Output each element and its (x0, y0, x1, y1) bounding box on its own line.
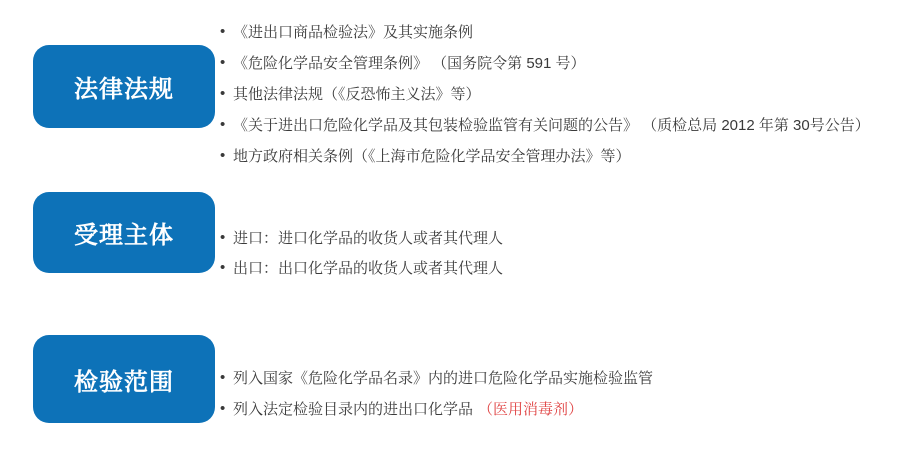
bullet-dot: • (216, 229, 233, 246)
bullet-text: 《危险化学品安全管理条例》 （国务院令第 591 号） (233, 52, 586, 73)
bullet-item: • 《进出口商品检验法》及其实施条例 (216, 16, 906, 47)
bullet-item: • 列入法定检验目录内的进出口化学品 （医用消毒剂） (216, 393, 906, 424)
section-label-laws: 法律法规 (74, 69, 174, 104)
bullet-list-laws: • 《进出口商品检验法》及其实施条例 • 《危险化学品安全管理条例》 （国务院令… (216, 16, 906, 171)
bullet-item: • 列入国家《危险化学品名录》内的进口危险化学品实施检验监管 (216, 362, 906, 393)
section-box-scope: 检验范围 (33, 335, 215, 423)
bullet-item: • 《关于进出口危险化学品及其包装检验监管有关问题的公告》 （质检总局 2012… (216, 109, 906, 140)
bullet-dot: • (216, 369, 233, 386)
bullet-dot: • (216, 54, 233, 71)
bullet-item: • 地方政府相关条例（《上海市危险化学品安全管理办法》等） (216, 140, 906, 171)
section-box-subjects: 受理主体 (33, 192, 215, 273)
bullet-item: • 《危险化学品安全管理条例》 （国务院令第 591 号） (216, 47, 906, 78)
bullet-dot: • (216, 400, 233, 417)
bullet-text: 列入法定检验目录内的进出口化学品 (233, 398, 473, 419)
bullet-item: • 其他法律法规（《反恐怖主义法》等） (216, 78, 906, 109)
bullet-dot: • (216, 23, 233, 40)
bullet-dot: • (216, 147, 233, 164)
bullet-text: 地方政府相关条例（《上海市危险化学品安全管理办法》等） (233, 145, 631, 166)
bullet-text: 其他法律法规（《反恐怖主义法》等） (233, 83, 481, 104)
bullet-dot: • (216, 259, 233, 276)
bullet-dot: • (216, 85, 233, 102)
slide-canvas: 法律法规 • 《进出口商品检验法》及其实施条例 • 《危险化学品安全管理条例》 … (0, 0, 907, 456)
bullet-text: 列入国家《危险化学品名录》内的进口危险化学品实施检验监管 (233, 367, 653, 388)
section-label-subjects: 受理主体 (74, 215, 174, 250)
bullet-dot: • (216, 116, 233, 133)
bullet-text: 出口：出口化学品的收货人或者其代理人 (233, 257, 503, 278)
section-label-scope: 检验范围 (74, 362, 174, 397)
bullet-item: • 进口：进口化学品的收货人或者其代理人 (216, 222, 906, 252)
bullet-text: 《进出口商品检验法》及其实施条例 (233, 21, 473, 42)
bullet-item: • 出口：出口化学品的收货人或者其代理人 (216, 252, 906, 282)
bullet-list-subjects: • 进口：进口化学品的收货人或者其代理人 • 出口：出口化学品的收货人或者其代理… (216, 222, 906, 282)
bullet-text: 《关于进出口危险化学品及其包装检验监管有关问题的公告》 （质检总局 2012 年… (233, 114, 870, 135)
section-box-laws: 法律法规 (33, 45, 215, 128)
highlight-text: （医用消毒剂） (478, 398, 583, 419)
bullet-list-scope: • 列入国家《危险化学品名录》内的进口危险化学品实施检验监管 • 列入法定检验目… (216, 362, 906, 424)
bullet-text: 进口：进口化学品的收货人或者其代理人 (233, 227, 503, 248)
